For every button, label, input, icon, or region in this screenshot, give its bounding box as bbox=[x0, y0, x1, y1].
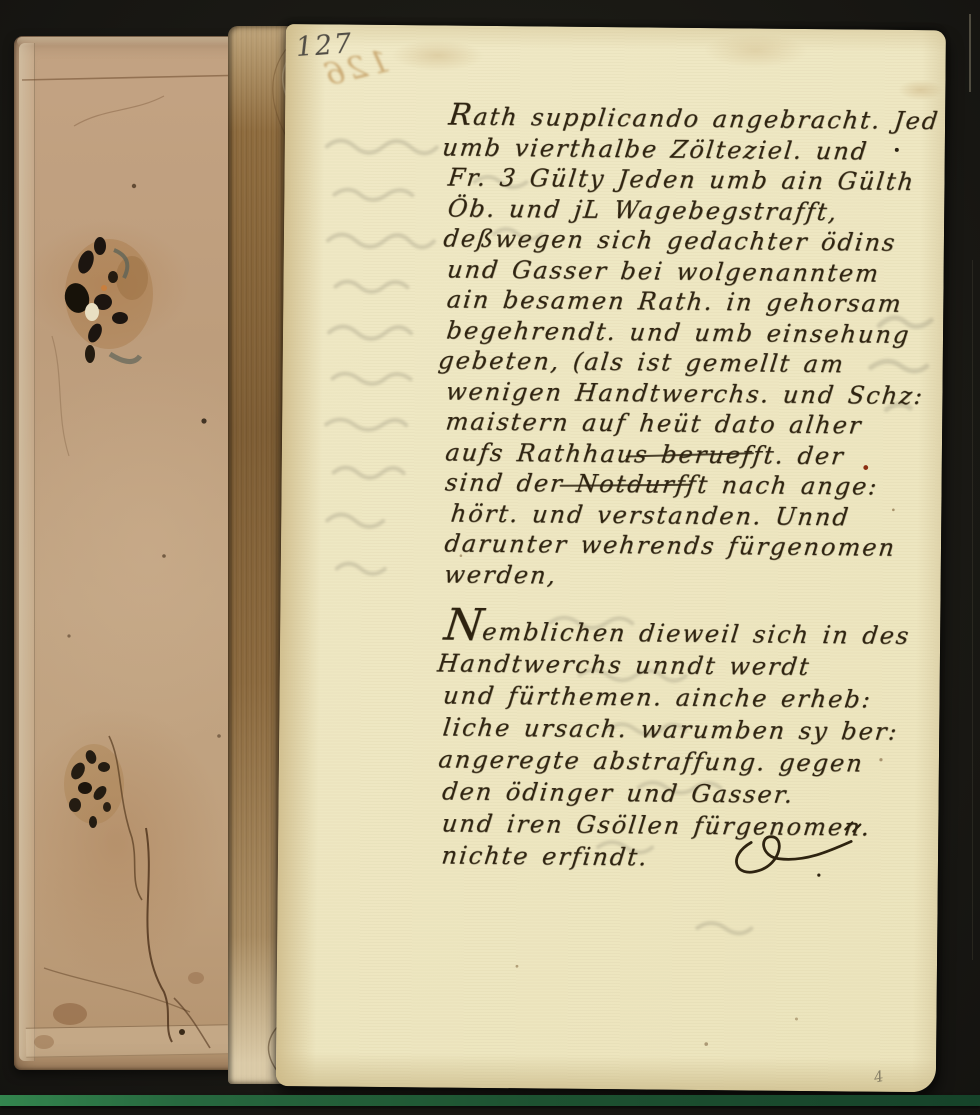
background-edge-line bbox=[972, 260, 973, 960]
cover-damage-spot bbox=[62, 237, 153, 363]
paper-specks bbox=[276, 24, 946, 1092]
background-edge-line bbox=[969, 14, 971, 92]
manuscript-page: 127 126 bbox=[276, 24, 946, 1092]
green-table-stripe bbox=[0, 1095, 980, 1106]
cover-damage-and-cracks bbox=[14, 36, 258, 1070]
book-photograph: 127 126 bbox=[0, 0, 980, 1115]
book-cover bbox=[14, 36, 258, 1070]
cover-damage-spot-2 bbox=[64, 744, 124, 828]
